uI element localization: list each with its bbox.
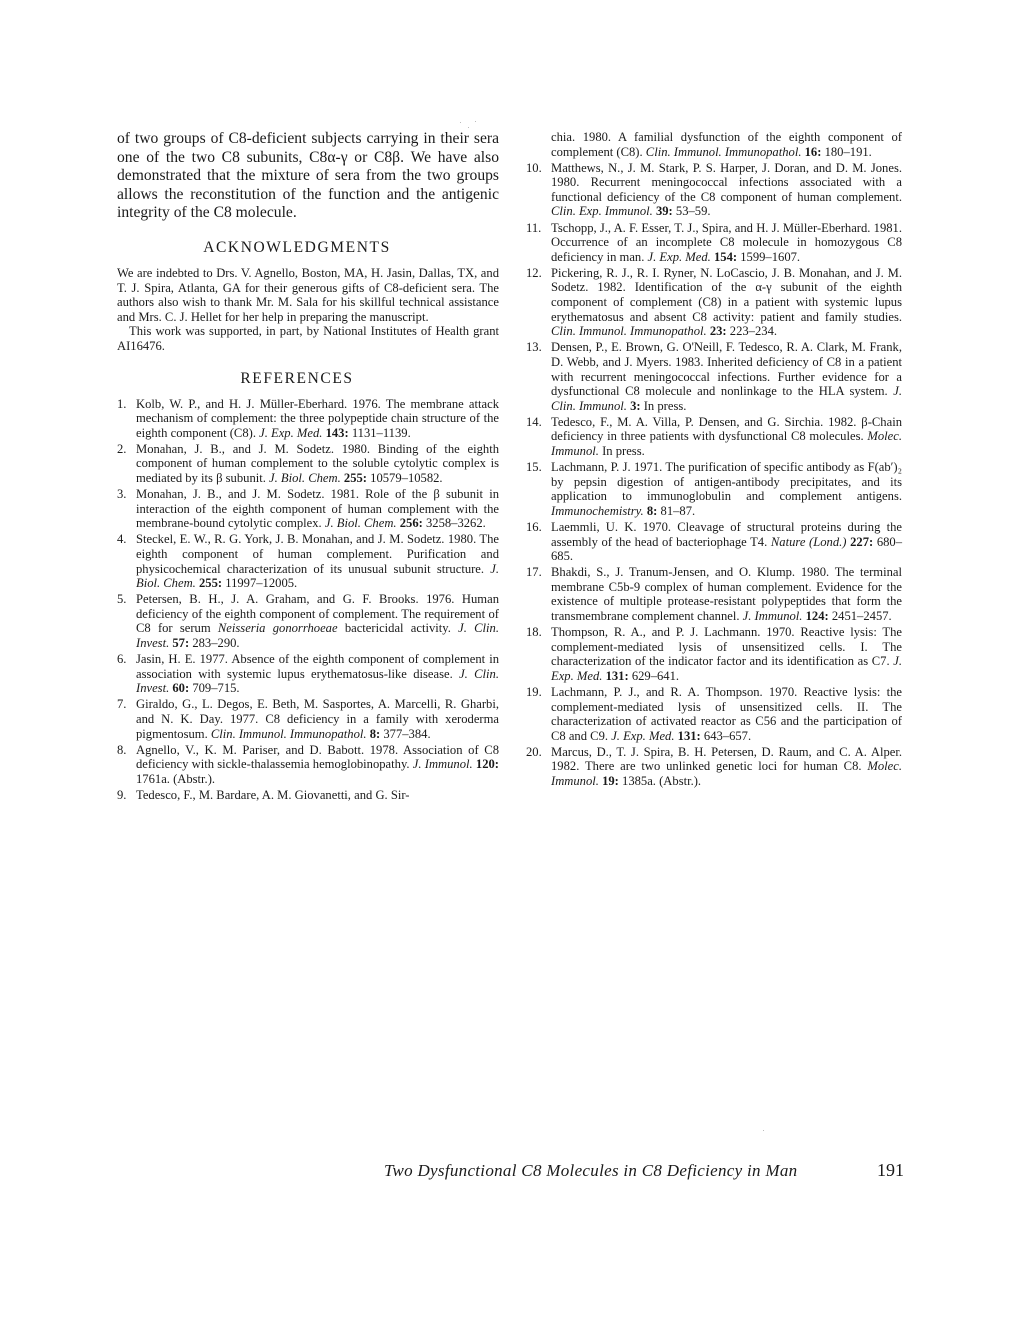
reference-text: Densen, P., E. Brown, G. O'Neill, F. Ted… bbox=[551, 340, 902, 398]
reference-number: 15. bbox=[526, 460, 542, 475]
reference-pages: 2451–2457. bbox=[832, 609, 892, 623]
reference-number: 10. bbox=[526, 161, 542, 176]
reference-item: 3.Monahan, J. B., and J. M. Sodetz. 1981… bbox=[117, 487, 499, 531]
reference-text: Tedesco, F., M. Bardare, A. M. Giovanett… bbox=[136, 788, 409, 802]
reference-pages: 180–191. bbox=[825, 145, 872, 159]
acknowledgments-heading: ACKNOWLEDGMENTS bbox=[117, 239, 499, 257]
reference-item: 16.Laemmli, U. K. 1970. Cleavage of stru… bbox=[526, 520, 902, 564]
acknowledgments-paragraph: We are indebted to Drs. V. Agnello, Bost… bbox=[117, 266, 499, 324]
reference-item: 18.Thompson, R. A., and P. J. Lachmann. … bbox=[526, 625, 902, 683]
reference-journal: J. Immunol. bbox=[743, 609, 803, 623]
reference-volume: 8: bbox=[647, 504, 658, 518]
reference-number: 16. bbox=[526, 520, 542, 535]
reference-pages: 223–234. bbox=[730, 324, 777, 338]
reference-pages: 283–290. bbox=[192, 636, 239, 650]
scan-speck bbox=[460, 122, 461, 123]
reference-volume: 3: bbox=[630, 399, 641, 413]
references-heading: REFERENCES bbox=[117, 370, 499, 388]
reference-volume: 255: bbox=[344, 471, 367, 485]
reference-pages: 377–384. bbox=[383, 727, 430, 741]
reference-text: Lachmann, P. J. 1971. The purification o… bbox=[551, 460, 902, 503]
reference-number: 2. bbox=[117, 442, 126, 457]
page-number: 191 bbox=[877, 1160, 904, 1181]
reference-journal: J. Immunol. bbox=[413, 757, 473, 771]
reference-volume: 8: bbox=[370, 727, 381, 741]
reference-text: Pickering, R. J., R. I. Ryner, N. LoCasc… bbox=[551, 266, 902, 324]
reference-volume: 131: bbox=[606, 669, 629, 683]
reference-species-term: Neisseria gonorrhoeae bbox=[218, 621, 338, 635]
reference-volume: 57: bbox=[172, 636, 189, 650]
reference-pages: In press. bbox=[644, 399, 687, 413]
reference-item: 12.Pickering, R. J., R. I. Ryner, N. LoC… bbox=[526, 266, 902, 339]
reference-volume: 154: bbox=[714, 250, 737, 264]
reference-journal: J. Exp. Med. bbox=[648, 250, 711, 264]
reference-number: 18. bbox=[526, 625, 542, 640]
reference-item: 1.Kolb, W. P., and H. J. Müller-Eberhard… bbox=[117, 397, 499, 441]
reference-pages: 643–657. bbox=[704, 729, 751, 743]
reference-volume: 60: bbox=[172, 681, 189, 695]
reference-list-left: 1.Kolb, W. P., and H. J. Müller-Eberhard… bbox=[117, 397, 499, 803]
reference-item-continued: chia. 1980. A familial dysfunction of th… bbox=[526, 130, 902, 159]
reference-number: 1. bbox=[117, 397, 126, 412]
reference-journal: J. Biol. Chem. bbox=[325, 516, 397, 530]
reference-text: Thompson, R. A., and P. J. Lachmann. 197… bbox=[551, 625, 902, 668]
reference-item: 6.Jasin, H. E. 1977. Absence of the eigh… bbox=[117, 652, 499, 696]
reference-journal: Nature (Lond.) bbox=[771, 535, 847, 549]
reference-number: 4. bbox=[117, 532, 126, 547]
reference-item: 13.Densen, P., E. Brown, G. O'Neill, F. … bbox=[526, 340, 902, 413]
reference-text: Tedesco, F., M. A. Villa, P. Densen, and… bbox=[551, 415, 902, 444]
reference-number: 13. bbox=[526, 340, 542, 355]
reference-pages: 11997–12005. bbox=[225, 576, 297, 590]
reference-number: 9. bbox=[117, 788, 126, 803]
reference-text: Matthews, N., J. M. Stark, P. S. Harper,… bbox=[551, 161, 902, 204]
reference-number: 19. bbox=[526, 685, 542, 700]
reference-item: 19.Lachmann, P. J., and R. A. Thompson. … bbox=[526, 685, 902, 743]
reference-number: 20. bbox=[526, 745, 542, 760]
reference-text: Steckel, E. W., R. G. York, J. B. Monaha… bbox=[136, 532, 499, 575]
running-title: Two Dysfunctional C8 Molecules in C8 Def… bbox=[384, 1161, 797, 1181]
reference-number: 5. bbox=[117, 592, 126, 607]
reference-item: 20.Marcus, D., T. J. Spira, B. H. Peters… bbox=[526, 745, 902, 789]
reference-journal: J. Biol. Chem. bbox=[269, 471, 341, 485]
reference-volume: 227: bbox=[850, 535, 873, 549]
reference-pages: 1131–1139. bbox=[352, 426, 411, 440]
intro-paragraph: of two groups of C8-deficient subjects c… bbox=[117, 130, 499, 223]
scan-speck bbox=[763, 1130, 764, 1131]
reference-pages: 1385a. (Abstr.). bbox=[622, 774, 701, 788]
reference-journal: Clin. Immunol. Immunopathol. bbox=[646, 145, 802, 159]
reference-number: 17. bbox=[526, 565, 542, 580]
reference-number: 11. bbox=[526, 221, 541, 236]
reference-volume: 124: bbox=[806, 609, 829, 623]
reference-item: 2.Monahan, J. B., and J. M. Sodetz. 1980… bbox=[117, 442, 499, 486]
reference-volume: 39: bbox=[656, 204, 673, 218]
reference-pages: 709–715. bbox=[192, 681, 239, 695]
reference-number: 6. bbox=[117, 652, 126, 667]
page-footer: Two Dysfunctional C8 Molecules in C8 Def… bbox=[384, 1160, 904, 1181]
reference-journal: J. Exp. Med. bbox=[611, 729, 674, 743]
reference-journal: J. Exp. Med. bbox=[259, 426, 322, 440]
reference-item: 5.Petersen, B. H., J. A. Graham, and G. … bbox=[117, 592, 499, 650]
right-column: chia. 1980. A familial dysfunction of th… bbox=[526, 130, 902, 790]
reference-item: 10.Matthews, N., J. M. Stark, P. S. Harp… bbox=[526, 161, 902, 219]
reference-journal: Clin. Immunol. Immunopathol. bbox=[211, 727, 367, 741]
reference-text: bactericidal activity. bbox=[338, 621, 451, 635]
reference-pages: 53–59. bbox=[676, 204, 711, 218]
reference-item: 15.Lachmann, P. J. 1971. The purificatio… bbox=[526, 460, 902, 518]
reference-volume: 255: bbox=[199, 576, 222, 590]
left-column: of two groups of C8-deficient subjects c… bbox=[117, 130, 499, 804]
reference-journal: Clin. Exp. Immunol. bbox=[551, 204, 653, 218]
reference-volume: 131: bbox=[678, 729, 701, 743]
reference-number: 14. bbox=[526, 415, 542, 430]
reference-number: 12. bbox=[526, 266, 542, 281]
reference-item: 4.Steckel, E. W., R. G. York, J. B. Mona… bbox=[117, 532, 499, 590]
reference-item: 11.Tschopp, J., A. F. Esser, T. J., Spir… bbox=[526, 221, 902, 265]
reference-volume: 19: bbox=[602, 774, 619, 788]
reference-pages: 3258–3262. bbox=[426, 516, 486, 530]
reference-volume: 120: bbox=[476, 757, 499, 771]
reference-volume: 16: bbox=[805, 145, 822, 159]
reference-volume: 23: bbox=[710, 324, 727, 338]
reference-text: Jasin, H. E. 1977. Absence of the eighth… bbox=[136, 652, 499, 681]
reference-volume: 256: bbox=[400, 516, 423, 530]
reference-list-right: chia. 1980. A familial dysfunction of th… bbox=[526, 130, 902, 789]
reference-pages: 1761a. (Abstr.). bbox=[136, 772, 215, 786]
reference-pages: 10579–10582. bbox=[370, 471, 442, 485]
reference-item: 9.Tedesco, F., M. Bardare, A. M. Giovane… bbox=[117, 788, 499, 803]
reference-journal: Immunochemistry. bbox=[551, 504, 644, 518]
reference-journal: Clin. Immunol. Immunopathol. bbox=[551, 324, 707, 338]
scan-speck bbox=[475, 121, 476, 122]
reference-number: 7. bbox=[117, 697, 126, 712]
scan-speck bbox=[468, 127, 469, 128]
reference-volume: 143: bbox=[326, 426, 349, 440]
reference-pages: In press. bbox=[602, 444, 645, 458]
reference-number: 8. bbox=[117, 743, 126, 758]
reference-item: 8.Agnello, V., K. M. Pariser, and D. Bab… bbox=[117, 743, 499, 787]
reference-text: Marcus, D., T. J. Spira, B. H. Petersen,… bbox=[551, 745, 902, 774]
reference-pages: 629–641. bbox=[632, 669, 679, 683]
reference-pages: 81–87. bbox=[661, 504, 696, 518]
reference-item: 17.Bhakdi, S., J. Tranum-Jensen, and O. … bbox=[526, 565, 902, 623]
reference-item: 14.Tedesco, F., M. A. Villa, P. Densen, … bbox=[526, 415, 902, 459]
funding-paragraph: This work was supported, in part, by Nat… bbox=[117, 324, 499, 353]
reference-pages: 1599–1607. bbox=[740, 250, 800, 264]
reference-item: 7.Giraldo, G., L. Degos, E. Beth, M. Sas… bbox=[117, 697, 499, 741]
reference-number: 3. bbox=[117, 487, 126, 502]
